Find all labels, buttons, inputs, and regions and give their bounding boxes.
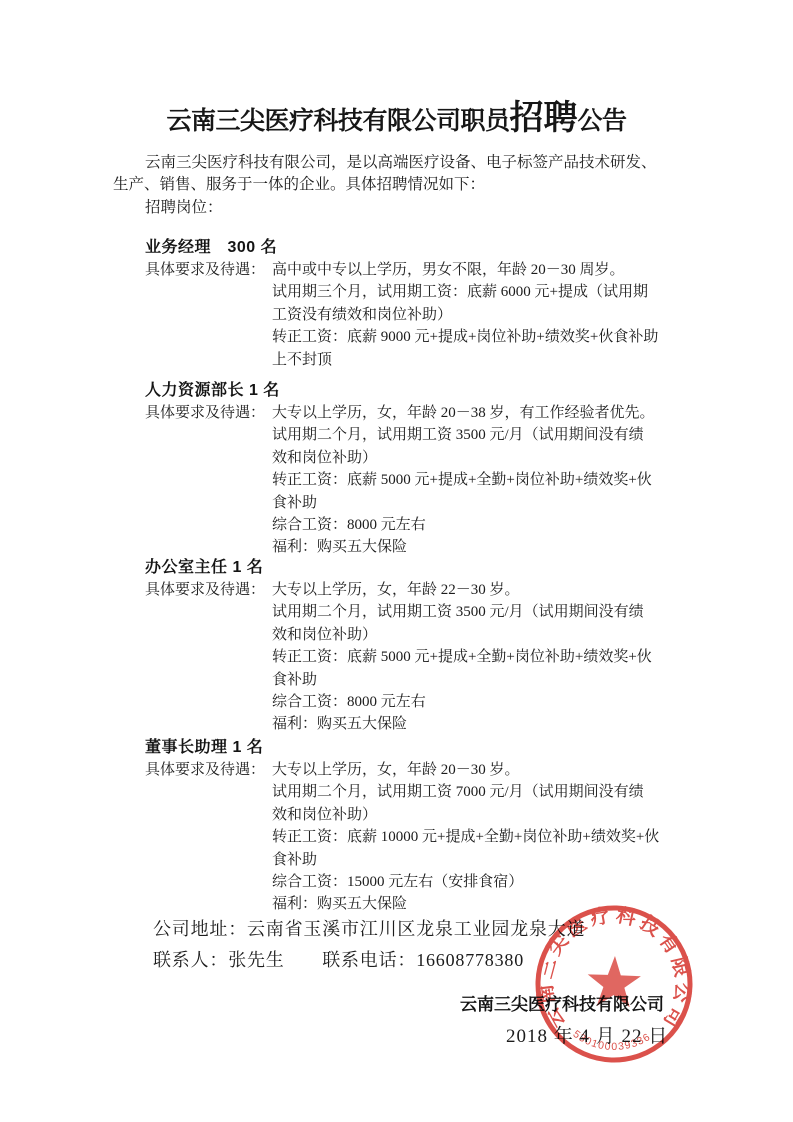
requirement-line: 效和岗位补助） bbox=[272, 447, 655, 469]
section-chairman-assistant: 董事长助理 1 名 具体要求及待遇： 大专以上学历，女，年龄 20－30 岁。 … bbox=[145, 736, 659, 916]
requirement-line: 福利：购买五大保险 bbox=[272, 713, 652, 735]
requirement-line: 综合工资：15000 元左右（安排食宿） bbox=[272, 871, 659, 893]
requirement-line: 综合工资：8000 元左右 bbox=[272, 691, 652, 713]
section-hr-director: 人力资源部长 1 名 具体要求及待遇： 大专以上学历，女，年龄 20－38 岁，… bbox=[145, 379, 655, 559]
title-notice-part: 公告 bbox=[578, 107, 627, 135]
company-address-line: 公司地址：云南省玉溪市江川区龙泉工业园龙泉大道 bbox=[153, 915, 585, 941]
recruit-positions-label: 招聘岗位： bbox=[113, 197, 713, 219]
requirement-line: 试用期二个月，试用期工资 3500 元/月（试用期间没有绩 bbox=[272, 424, 655, 446]
intro-line: 生产、销售、服务于一体的企业。具体招聘情况如下： bbox=[113, 174, 713, 196]
requirements-lines: 大专以上学历，女，年龄 22－30 岁。 试用期二个月，试用期工资 3500 元… bbox=[272, 579, 652, 736]
requirement-line: 工资没有绩效和岗位补助） bbox=[272, 304, 658, 326]
requirement-line: 转正工资：底薪 9000 元+提成+岗位补助+绩效奖+伙食补助 bbox=[272, 326, 658, 348]
requirement-line: 食补助 bbox=[272, 492, 655, 514]
company-seal: 云南三尖医疗科技有限公司 5301000393362 bbox=[521, 891, 707, 1077]
requirement-line: 试用期二个月，试用期工资 3500 元/月（试用期间没有绩 bbox=[272, 601, 652, 623]
requirement-line: 食补助 bbox=[272, 669, 652, 691]
requirements-lines: 大专以上学历，女，年龄 20－30 岁。 试用期二个月，试用期工资 7000 元… bbox=[272, 759, 659, 916]
requirement-line: 转正工资：底薪 5000 元+提成+全勤+岗位补助+绩效奖+伙 bbox=[272, 646, 652, 668]
requirements-label: 具体要求及待遇： bbox=[145, 579, 272, 736]
job-title: 办公室主任 1 名 bbox=[145, 556, 652, 579]
document-page: 云南三尖医疗科技有限公司职员招聘公告 云南三尖医疗科技有限公司，是以高端医疗设备… bbox=[0, 0, 793, 1122]
requirements-label: 具体要求及待遇： bbox=[145, 259, 272, 371]
requirement-line: 大专以上学历，女，年龄 20－30 岁。 bbox=[272, 759, 659, 781]
contact-line: 联系人：张先生 联系电话：16608778380 bbox=[153, 946, 524, 972]
requirement-line: 试用期二个月，试用期工资 7000 元/月（试用期间没有绩 bbox=[272, 781, 659, 803]
requirements-label: 具体要求及待遇： bbox=[145, 759, 272, 916]
requirements-lines: 大专以上学历，女，年龄 20－38 岁，有工作经验者优先。 试用期二个月，试用期… bbox=[272, 402, 655, 559]
job-requirements: 具体要求及待遇： 大专以上学历，女，年龄 20－38 岁，有工作经验者优先。 试… bbox=[145, 402, 655, 559]
requirement-line: 综合工资：8000 元左右 bbox=[272, 514, 655, 536]
title-recruit-emphasis: 招聘 bbox=[510, 99, 578, 137]
intro-line: 云南三尖医疗科技有限公司，是以高端医疗设备、电子标签产品技术研发、 bbox=[113, 152, 713, 174]
requirement-line: 转正工资：底薪 10000 元+提成+全勤+岗位补助+绩效奖+伙 bbox=[272, 826, 659, 848]
requirement-line: 食补助 bbox=[272, 849, 659, 871]
job-title: 董事长助理 1 名 bbox=[145, 736, 659, 759]
job-requirements: 具体要求及待遇： 高中或中专以上学历，男女不限，年龄 20－30 周岁。 试用期… bbox=[145, 259, 658, 371]
requirement-line: 效和岗位补助） bbox=[272, 624, 652, 646]
requirements-label: 具体要求及待遇： bbox=[145, 402, 272, 559]
requirement-line: 大专以上学历，女，年龄 22－30 岁。 bbox=[272, 579, 652, 601]
requirement-line: 转正工资：底薪 5000 元+提成+全勤+岗位补助+绩效奖+伙 bbox=[272, 469, 655, 491]
job-title: 业务经理 300 名 bbox=[145, 236, 658, 259]
intro-paragraph: 云南三尖医疗科技有限公司，是以高端医疗设备、电子标签产品技术研发、 生产、销售、… bbox=[113, 152, 713, 219]
requirements-lines: 高中或中专以上学历，男女不限，年龄 20－30 周岁。 试用期三个月，试用期工资… bbox=[272, 259, 658, 371]
section-business-manager: 业务经理 300 名 具体要求及待遇： 高中或中专以上学历，男女不限，年龄 20… bbox=[145, 236, 658, 371]
page-title: 云南三尖医疗科技有限公司职员招聘公告 bbox=[0, 90, 793, 139]
seal-star-icon bbox=[587, 955, 642, 1008]
requirement-line: 试用期三个月，试用期工资：底薪 6000 元+提成（试用期 bbox=[272, 281, 658, 303]
requirement-line: 高中或中专以上学历，男女不限，年龄 20－30 周岁。 bbox=[272, 259, 658, 281]
title-company-part: 云南三尖医疗科技有限公司职员 bbox=[166, 107, 509, 135]
job-title: 人力资源部长 1 名 bbox=[145, 379, 655, 402]
requirement-line: 上不封顶 bbox=[272, 349, 658, 371]
requirement-line: 效和岗位补助） bbox=[272, 804, 659, 826]
job-requirements: 具体要求及待遇： 大专以上学历，女，年龄 22－30 岁。 试用期二个月，试用期… bbox=[145, 579, 652, 736]
section-office-director: 办公室主任 1 名 具体要求及待遇： 大专以上学历，女，年龄 22－30 岁。 … bbox=[145, 556, 652, 736]
requirement-line: 大专以上学历，女，年龄 20－38 岁，有工作经验者优先。 bbox=[272, 402, 655, 424]
